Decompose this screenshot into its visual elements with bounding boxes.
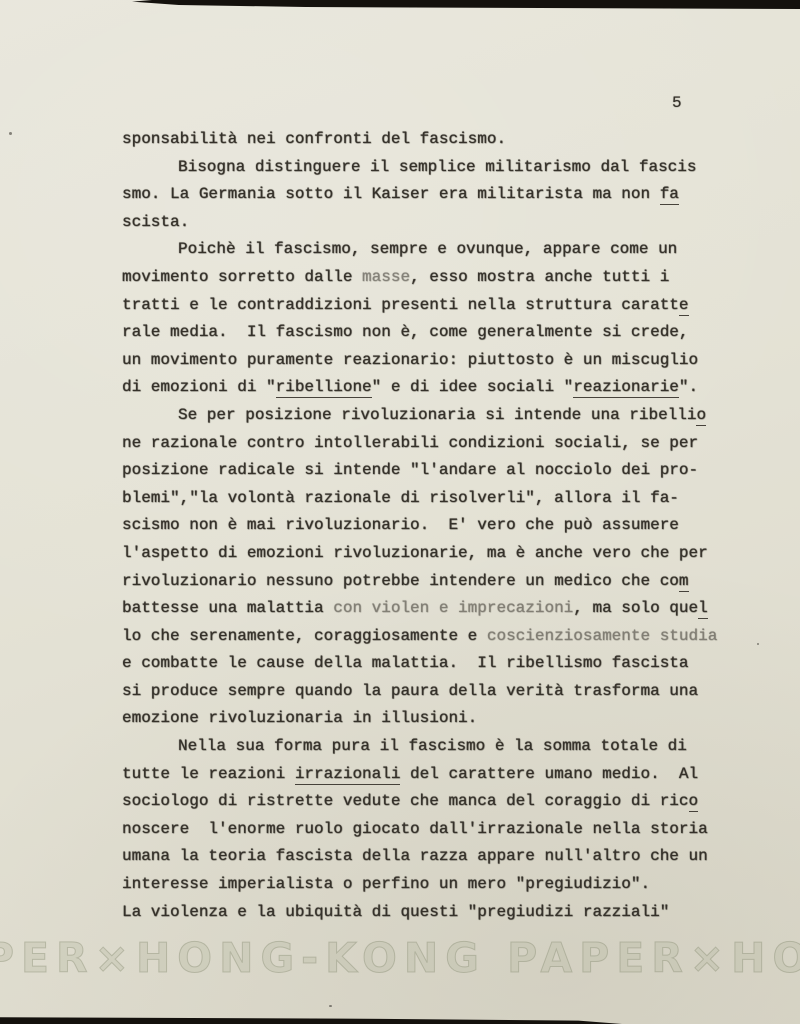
text-segment: coscienziosamente studia (487, 627, 717, 645)
text-line: ne razionale contro intollerabili condiz… (122, 430, 732, 458)
text-segment: sociologo di ristrette vedute che manca … (122, 792, 689, 810)
text-segment: lo che serenamente, coraggiosamente e (122, 627, 487, 645)
text-line: un movimento puramente reazionario: piut… (122, 347, 732, 375)
text-line: lo che serenamente, coraggiosamente e co… (122, 623, 732, 651)
text-segment: scista. (122, 213, 189, 231)
text-line: sociologo di ristrette vedute che manca … (122, 788, 732, 816)
underlined-text: e (679, 296, 689, 316)
text-segment: e combatte le cause della malattia. Il r… (122, 654, 689, 672)
underlined-text: m (679, 572, 689, 592)
text-segment: l'aspetto di emozioni rivoluzionarie, ma… (122, 544, 708, 562)
text-segment: Poichè il fascismo, sempre e ovunque, ap… (178, 240, 677, 258)
text-segment: , esso mostra anche tutti i (410, 268, 669, 286)
text-line: emozione rivoluzionaria in illusioni. (122, 705, 732, 733)
text-segment: si produce sempre quando la paura della … (122, 682, 698, 700)
underlined-text: ribellione (276, 378, 372, 398)
text-segment: Se per posizione rivoluzionaria si inten… (178, 406, 696, 424)
text-line: rale media. Il fascismo non è, come gene… (122, 319, 732, 347)
underlined-text: fa (660, 185, 679, 205)
text-line: Poichè il fascismo, sempre e ovunque, ap… (122, 236, 732, 264)
text-segment: , ma solo que (573, 599, 698, 617)
text-segment: ". (679, 378, 698, 396)
text-line: movimento sorretto dalle masse, esso mos… (122, 264, 732, 292)
text-line: posizione radicale si intende "l'andare … (122, 457, 732, 485)
text-segment: ne razionale contro intollerabili condiz… (122, 434, 698, 452)
text-segment: noscere l'enorme ruolo giocato dall'irra… (122, 820, 708, 838)
typewritten-text: sponsabilità nei confronti del fascismo.… (122, 126, 732, 926)
text-line: smo. La Germania sotto il Kaiser era mil… (122, 181, 732, 209)
text-segment: un movimento puramente reazionario: piut… (122, 351, 698, 369)
text-segment: La violenza e la ubiquità di questi "pre… (122, 903, 669, 921)
text-line: tutte le reazioni irrazionali del caratt… (122, 761, 732, 789)
text-segment: posizione radicale si intende "l'andare … (122, 461, 698, 479)
text-segment: " e di idee sociali " (372, 378, 574, 396)
text-line: scismo non è mai rivoluzionario. E' vero… (122, 512, 732, 540)
dust-speck (9, 132, 12, 135)
underlined-text: reazionarie (573, 378, 679, 398)
scanned-page: 5 sponsabilità nei confronti del fascism… (0, 0, 800, 1024)
text-line: di emozioni di "ribellione" e di idee so… (122, 374, 732, 402)
text-line: blemi","la volontà razionale di risolver… (122, 485, 732, 513)
text-line: Bisogna distinguere il semplice militari… (122, 154, 732, 182)
text-segment: movimento sorretto dalle (122, 268, 362, 286)
text-line: l'aspetto di emozioni rivoluzionarie, ma… (122, 540, 732, 568)
text-segment: Bisogna distinguere il semplice militari… (178, 158, 696, 176)
text-line: La violenza e la ubiquità di questi "pre… (122, 899, 732, 927)
text-segment: di emozioni di " (122, 378, 276, 396)
text-segment: blemi","la volontà razionale di risolver… (122, 489, 679, 507)
text-line: Se per posizione rivoluzionaria si inten… (122, 402, 732, 430)
text-segment: umana la teoria fascista della razza app… (122, 847, 708, 865)
dust-speck (329, 1005, 332, 1007)
text-segment: scismo non è mai rivoluzionario. E' vero… (122, 516, 679, 534)
text-line: si produce sempre quando la paura della … (122, 678, 732, 706)
text-line: sponsabilità nei confronti del fascismo. (122, 126, 732, 154)
text-segment: sponsabilità nei confronti del fascismo. (122, 130, 506, 148)
text-segment: Nella sua forma pura il fascismo è la so… (178, 737, 687, 755)
text-segment: rale media. Il fascismo non è, come gene… (122, 323, 689, 341)
text-segment: tratti e le contraddizioni presenti nell… (122, 296, 679, 314)
underlined-text: o (689, 792, 699, 812)
text-line: rivoluzionario nessuno potrebbe intender… (122, 568, 732, 596)
text-segment: del carattere umano medio. Al (400, 765, 698, 783)
text-line: interesse imperialista o perfino un mero… (122, 871, 732, 899)
text-segment: con violen e imprecazioni (333, 599, 573, 617)
dust-speck (757, 643, 759, 645)
text-line: noscere l'enorme ruolo giocato dall'irra… (122, 816, 732, 844)
underlined-text: l (698, 599, 708, 619)
underlined-text: irrazionali (295, 765, 401, 785)
page-number: 5 (672, 94, 682, 112)
underlined-text: o (696, 406, 706, 426)
text-segment: rivoluzionario nessuno potrebbe intender… (122, 572, 679, 590)
paper-watermark: PER×HONG-KONG PAPER×HONG-KO (0, 934, 800, 982)
text-line: battesse una malattia con violen e impre… (122, 595, 732, 623)
text-segment: interesse imperialista o perfino un mero… (122, 875, 650, 893)
text-line: Nella sua forma pura il fascismo è la so… (122, 733, 732, 761)
text-line: umana la teoria fascista della razza app… (122, 843, 732, 871)
text-segment: tutte le reazioni (122, 765, 295, 783)
text-segment: battesse una malattia (122, 599, 333, 617)
text-line: tratti e le contraddizioni presenti nell… (122, 292, 732, 320)
text-segment: emozione rivoluzionaria in illusioni. (122, 709, 477, 727)
text-segment: masse (362, 268, 410, 286)
text-line: e combatte le cause della malattia. Il r… (122, 650, 732, 678)
text-segment: smo. La Germania sotto il Kaiser era mil… (122, 185, 660, 203)
text-line: scista. (122, 209, 732, 237)
